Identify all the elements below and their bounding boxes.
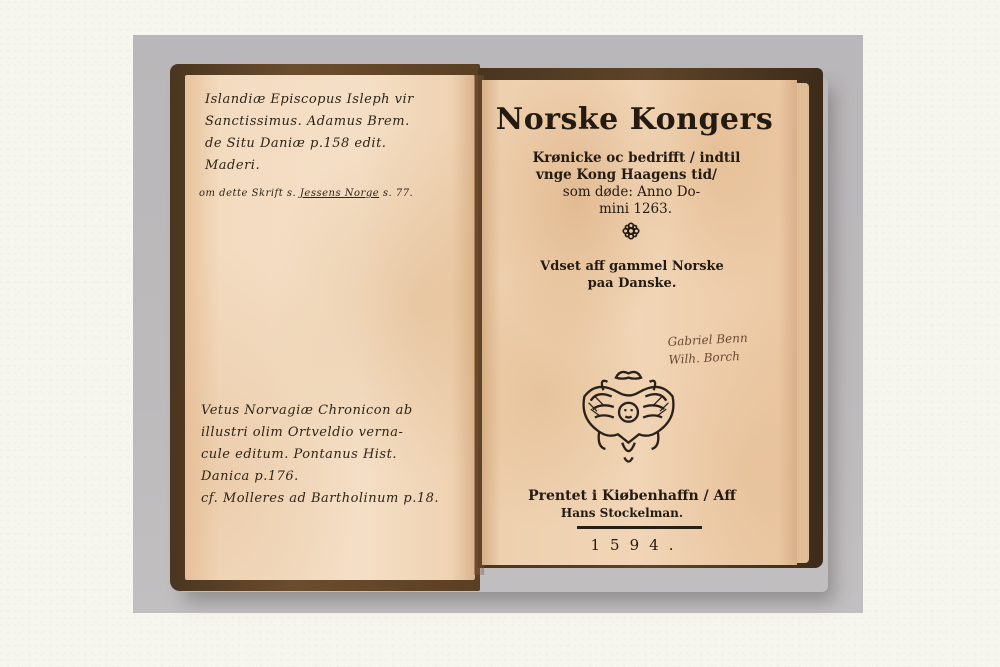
rosette-ornament-icon xyxy=(622,222,640,240)
translation-line: paa Danske. xyxy=(512,275,752,292)
left-page: Islandiæ Episcopus Isleph vir Sanctissim… xyxy=(185,75,475,580)
imprint-line: Hans Stockelman. xyxy=(482,505,762,522)
reference-suffix: s. 77. xyxy=(383,188,413,199)
reference-underlined: Jessens Norge xyxy=(300,188,379,199)
book-photograph: Islandiæ Episcopus Isleph vir Sanctissim… xyxy=(133,35,863,613)
book-subtitle: Krønicke oc bedrifft / indtil vnge Kong … xyxy=(494,150,779,218)
handwritten-note-top: Islandiæ Episcopus Isleph vir Sanctissim… xyxy=(205,89,470,177)
translation-line: Vdset aff gammel Norske xyxy=(512,258,752,275)
note-line: illustri olim Ortveldio verna- xyxy=(201,422,471,444)
note-line: cule editum. Pontanus Hist. xyxy=(201,444,471,466)
note-line: Danica p.176. xyxy=(201,466,471,488)
subtitle-line: som døde: Anno Do- xyxy=(484,184,779,201)
subtitle-line: Krønicke oc bedrifft / indtil xyxy=(494,150,779,167)
note-line: Islandiæ Episcopus Isleph vir xyxy=(205,89,470,111)
handwritten-reference: om dette Skrift s. Jessens Norge s. 77. xyxy=(199,188,469,199)
subtitle-line: vnge Kong Haagens tid/ xyxy=(482,167,779,184)
owner-signature: Gabriel Benn Wilh. Borch xyxy=(667,327,779,369)
note-line: Maderi. xyxy=(205,155,470,177)
reference-prefix: om dette Skrift s. xyxy=(199,188,296,199)
title-page: Norske Kongers Krønicke oc bedrifft / in… xyxy=(482,80,797,565)
page-edges xyxy=(797,83,809,563)
note-line: cf. Molleres ad Bartholinum p.18. xyxy=(201,488,471,510)
subtitle-line: mini 1263. xyxy=(492,201,779,218)
imprint: Prentet i Kiøbenhaffn / Aff Hans Stockel… xyxy=(502,488,762,522)
printed-rule xyxy=(577,526,702,529)
publication-year: 1594. xyxy=(562,536,712,554)
imprint-line: Prentet i Kiøbenhaffn / Aff xyxy=(502,488,762,505)
translation-note: Vdset aff gammel Norske paa Danske. xyxy=(512,258,752,292)
note-line: Sanctissimus. Adamus Brem. xyxy=(205,111,470,133)
printer-device-emblem-icon xyxy=(576,365,681,470)
book-title: Norske Kongers xyxy=(492,102,777,137)
handwritten-note-bottom: Vetus Norvagiæ Chronicon ab illustri oli… xyxy=(201,400,471,510)
note-line: de Situ Daniæ p.158 edit. xyxy=(205,133,470,155)
note-line: Vetus Norvagiæ Chronicon ab xyxy=(201,400,471,422)
